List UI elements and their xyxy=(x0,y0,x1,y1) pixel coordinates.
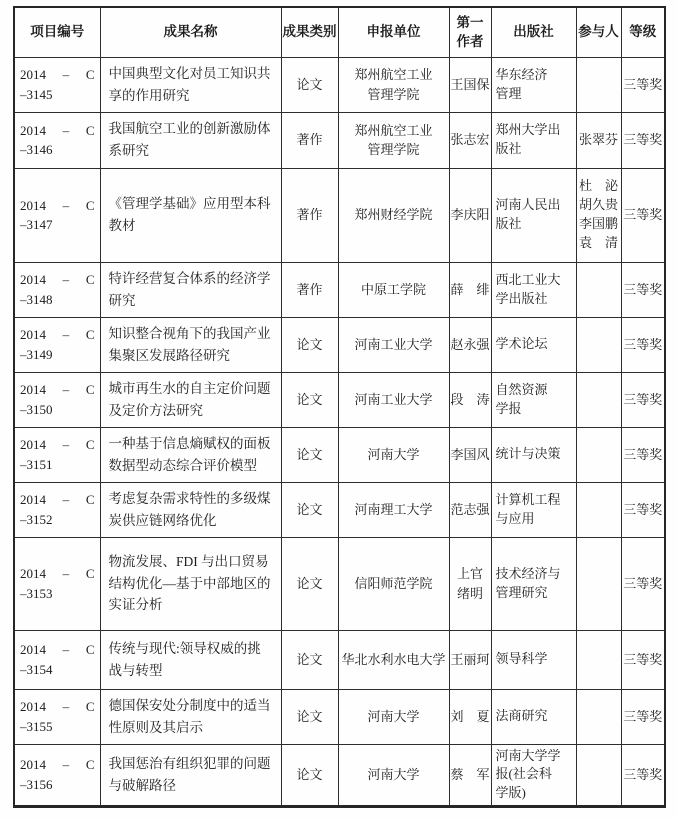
project-id-cell: 2014 – C–3145 xyxy=(14,57,100,112)
project-id-line1: 2014 – C xyxy=(20,697,95,717)
project-id-line2: –3152 xyxy=(20,510,95,530)
project-id-line2: –3150 xyxy=(20,400,95,420)
grade-cell: 三等奖 xyxy=(621,744,665,807)
col-header-grade: 等级 xyxy=(621,7,665,57)
achievement-name-cell: 德国保安处分制度中的适当性原则及其启示 xyxy=(100,689,281,744)
achievement-name-cell: 《管理学基础》应用型本科教材 xyxy=(100,168,281,262)
category-cell: 论文 xyxy=(281,689,338,744)
first-author-cell: 赵永强 xyxy=(449,317,491,372)
first-author-cell: 王丽珂 xyxy=(449,630,491,689)
col-header-declaring-unit: 申报单位 xyxy=(338,7,449,57)
project-id-line1: 2014 – C xyxy=(20,640,95,660)
declaring-unit-cell: 郑州财经学院 xyxy=(338,168,449,262)
achievement-name-cell: 考虑复杂需求特性的多级煤炭供应链网络优化 xyxy=(100,482,281,537)
project-id-cell: 2014 – C–3150 xyxy=(14,372,100,427)
table-header: 项目编号 成果名称 成果类别 申报单位 第一作者 出版社 参与人 等级 xyxy=(14,7,665,57)
first-author-cell: 范志强 xyxy=(449,482,491,537)
achievement-name-cell: 城市再生水的自主定价问题及定价方法研究 xyxy=(100,372,281,427)
table-row: 2014 – C–3153物流发展、FDI 与出口贸易结构优化—基于中部地区的实… xyxy=(14,537,665,630)
participants-cell xyxy=(576,317,621,372)
grade-cell: 三等奖 xyxy=(621,112,665,168)
declaring-unit-cell: 华北水利水电大学 xyxy=(338,630,449,689)
table-row: 2014 – C–3148特许经营复合体系的经济学研究著作中原工学院薛 绯西北工… xyxy=(14,262,665,317)
table-row: 2014 – C–3146我国航空工业的创新激励体系研究著作郑州航空工业 管理学… xyxy=(14,112,665,168)
first-author-cell: 张志宏 xyxy=(449,112,491,168)
first-author-cell: 刘 夏 xyxy=(449,689,491,744)
grade-cell: 三等奖 xyxy=(621,317,665,372)
project-id-line1: 2014 – C xyxy=(20,490,95,510)
participants-cell xyxy=(576,689,621,744)
project-id-line2: –3154 xyxy=(20,660,95,680)
participants-cell xyxy=(576,57,621,112)
category-cell: 著作 xyxy=(281,168,338,262)
grade-cell: 三等奖 xyxy=(621,168,665,262)
project-id-cell: 2014 – C–3154 xyxy=(14,630,100,689)
publisher-cell: 领导科学 xyxy=(491,630,576,689)
col-header-achievement-name: 成果名称 xyxy=(100,7,281,57)
first-author-cell: 薛 绯 xyxy=(449,262,491,317)
publisher-cell: 计算机工程 与应用 xyxy=(491,482,576,537)
table-body: 2014 – C–3145中国典型文化对员工知识共享的作用研究论文郑州航空工业 … xyxy=(14,57,665,807)
declaring-unit-cell: 河南大学 xyxy=(338,689,449,744)
declaring-unit-cell: 河南工业大学 xyxy=(338,317,449,372)
table-row: 2014 – C–3154传统与现代:领导权威的挑战与转型论文华北水利水电大学王… xyxy=(14,630,665,689)
participants-cell: 张翠芬 xyxy=(576,112,621,168)
project-id-line2: –3155 xyxy=(20,717,95,737)
table-row: 2014 – C–3147《管理学基础》应用型本科教材著作郑州财经学院李庆阳河南… xyxy=(14,168,665,262)
col-header-participants: 参与人 xyxy=(576,7,621,57)
col-header-first-author: 第一作者 xyxy=(449,7,491,57)
table-row: 2014 – C–3145中国典型文化对员工知识共享的作用研究论文郑州航空工业 … xyxy=(14,57,665,112)
project-id-cell: 2014 – C–3156 xyxy=(14,744,100,807)
participants-cell xyxy=(576,744,621,807)
publisher-cell: 统计与决策 xyxy=(491,427,576,482)
participants-cell xyxy=(576,482,621,537)
table-row: 2014 – C–3149知识整合视角下的我国产业集聚区发展路径研究论文河南工业… xyxy=(14,317,665,372)
project-id-line1: 2014 – C xyxy=(20,65,95,85)
project-id-line2: –3156 xyxy=(20,775,95,795)
category-cell: 著作 xyxy=(281,262,338,317)
col-header-project-id: 项目编号 xyxy=(14,7,100,57)
first-author-cell: 段 涛 xyxy=(449,372,491,427)
category-cell: 论文 xyxy=(281,427,338,482)
publisher-cell: 自然资源 学报 xyxy=(491,372,576,427)
category-cell: 论文 xyxy=(281,744,338,807)
achievement-name-cell: 一种基于信息熵赋权的面板数据型动态综合评价模型 xyxy=(100,427,281,482)
project-id-line1: 2014 – C xyxy=(20,380,95,400)
category-cell: 论文 xyxy=(281,482,338,537)
achievement-name-cell: 我国惩治有组织犯罪的问题与破解路径 xyxy=(100,744,281,807)
project-id-line1: 2014 – C xyxy=(20,270,95,290)
project-id-line2: –3149 xyxy=(20,345,95,365)
participants-cell xyxy=(576,630,621,689)
project-id-line2: –3146 xyxy=(20,140,95,160)
col-header-publisher: 出版社 xyxy=(491,7,576,57)
publisher-cell: 河南人民出 版社 xyxy=(491,168,576,262)
col-header-category: 成果类别 xyxy=(281,7,338,57)
declaring-unit-cell: 郑州航空工业 管理学院 xyxy=(338,57,449,112)
awards-table: 项目编号 成果名称 成果类别 申报单位 第一作者 出版社 参与人 等级 2014… xyxy=(13,6,666,808)
category-cell: 论文 xyxy=(281,372,338,427)
project-id-cell: 2014 – C–3148 xyxy=(14,262,100,317)
project-id-line1: 2014 – C xyxy=(20,325,95,345)
project-id-cell: 2014 – C–3155 xyxy=(14,689,100,744)
publisher-cell: 法商研究 xyxy=(491,689,576,744)
grade-cell: 三等奖 xyxy=(621,57,665,112)
achievement-name-cell: 中国典型文化对员工知识共享的作用研究 xyxy=(100,57,281,112)
grade-cell: 三等奖 xyxy=(621,537,665,630)
declaring-unit-cell: 河南大学 xyxy=(338,427,449,482)
project-id-line1: 2014 – C xyxy=(20,196,95,216)
publisher-cell: 河南大学学 报(社会科 学版) xyxy=(491,744,576,807)
participants-cell xyxy=(576,372,621,427)
grade-cell: 三等奖 xyxy=(621,427,665,482)
project-id-line1: 2014 – C xyxy=(20,435,95,455)
participants-cell: 杜 泌 胡久贵 李国鹏 袁 清 xyxy=(576,168,621,262)
grade-cell: 三等奖 xyxy=(621,630,665,689)
project-id-line2: –3147 xyxy=(20,215,95,235)
first-author-cell: 王国保 xyxy=(449,57,491,112)
document-page: 项目编号 成果名称 成果类别 申报单位 第一作者 出版社 参与人 等级 2014… xyxy=(0,0,677,819)
table-row: 2014 – C–3152考虑复杂需求特性的多级煤炭供应链网络优化论文河南理工大… xyxy=(14,482,665,537)
project-id-cell: 2014 – C–3149 xyxy=(14,317,100,372)
declaring-unit-cell: 河南理工大学 xyxy=(338,482,449,537)
header-row: 项目编号 成果名称 成果类别 申报单位 第一作者 出版社 参与人 等级 xyxy=(14,7,665,57)
declaring-unit-cell: 信阳师范学院 xyxy=(338,537,449,630)
project-id-line1: 2014 – C xyxy=(20,564,95,584)
table-row: 2014 – C–3150城市再生水的自主定价问题及定价方法研究论文河南工业大学… xyxy=(14,372,665,427)
publisher-cell: 郑州大学出 版社 xyxy=(491,112,576,168)
category-cell: 论文 xyxy=(281,317,338,372)
project-id-cell: 2014 – C–3152 xyxy=(14,482,100,537)
project-id-line2: –3145 xyxy=(20,85,95,105)
participants-cell xyxy=(576,262,621,317)
achievement-name-cell: 物流发展、FDI 与出口贸易结构优化—基于中部地区的实证分析 xyxy=(100,537,281,630)
grade-cell: 三等奖 xyxy=(621,689,665,744)
declaring-unit-cell: 河南工业大学 xyxy=(338,372,449,427)
first-author-cell: 李国风 xyxy=(449,427,491,482)
first-author-cell: 上官 绪明 xyxy=(449,537,491,630)
declaring-unit-cell: 郑州航空工业 管理学院 xyxy=(338,112,449,168)
project-id-cell: 2014 – C–3151 xyxy=(14,427,100,482)
first-author-cell: 蔡 军 xyxy=(449,744,491,807)
participants-cell xyxy=(576,537,621,630)
table-row: 2014 – C–3151一种基于信息熵赋权的面板数据型动态综合评价模型论文河南… xyxy=(14,427,665,482)
category-cell: 论文 xyxy=(281,57,338,112)
achievement-name-cell: 特许经营复合体系的经济学研究 xyxy=(100,262,281,317)
grade-cell: 三等奖 xyxy=(621,372,665,427)
project-id-line1: 2014 – C xyxy=(20,121,95,141)
project-id-line2: –3151 xyxy=(20,455,95,475)
project-id-cell: 2014 – C–3153 xyxy=(14,537,100,630)
publisher-cell: 西北工业大 学出版社 xyxy=(491,262,576,317)
category-cell: 论文 xyxy=(281,537,338,630)
achievement-name-cell: 我国航空工业的创新激励体系研究 xyxy=(100,112,281,168)
table-row: 2014 – C–3156我国惩治有组织犯罪的问题与破解路径论文河南大学蔡 军河… xyxy=(14,744,665,807)
publisher-cell: 技术经济与 管理研究 xyxy=(491,537,576,630)
grade-cell: 三等奖 xyxy=(621,262,665,317)
project-id-cell: 2014 – C–3146 xyxy=(14,112,100,168)
publisher-cell: 学术论坛 xyxy=(491,317,576,372)
achievement-name-cell: 知识整合视角下的我国产业集聚区发展路径研究 xyxy=(100,317,281,372)
project-id-cell: 2014 – C–3147 xyxy=(14,168,100,262)
grade-cell: 三等奖 xyxy=(621,482,665,537)
project-id-line2: –3153 xyxy=(20,584,95,604)
category-cell: 论文 xyxy=(281,630,338,689)
declaring-unit-cell: 中原工学院 xyxy=(338,262,449,317)
achievement-name-cell: 传统与现代:领导权威的挑战与转型 xyxy=(100,630,281,689)
publisher-cell: 华东经济 管理 xyxy=(491,57,576,112)
project-id-line1: 2014 – C xyxy=(20,755,95,775)
first-author-cell: 李庆阳 xyxy=(449,168,491,262)
declaring-unit-cell: 河南大学 xyxy=(338,744,449,807)
category-cell: 著作 xyxy=(281,112,338,168)
participants-cell xyxy=(576,427,621,482)
project-id-line2: –3148 xyxy=(20,290,95,310)
table-row: 2014 – C–3155德国保安处分制度中的适当性原则及其启示论文河南大学刘 … xyxy=(14,689,665,744)
